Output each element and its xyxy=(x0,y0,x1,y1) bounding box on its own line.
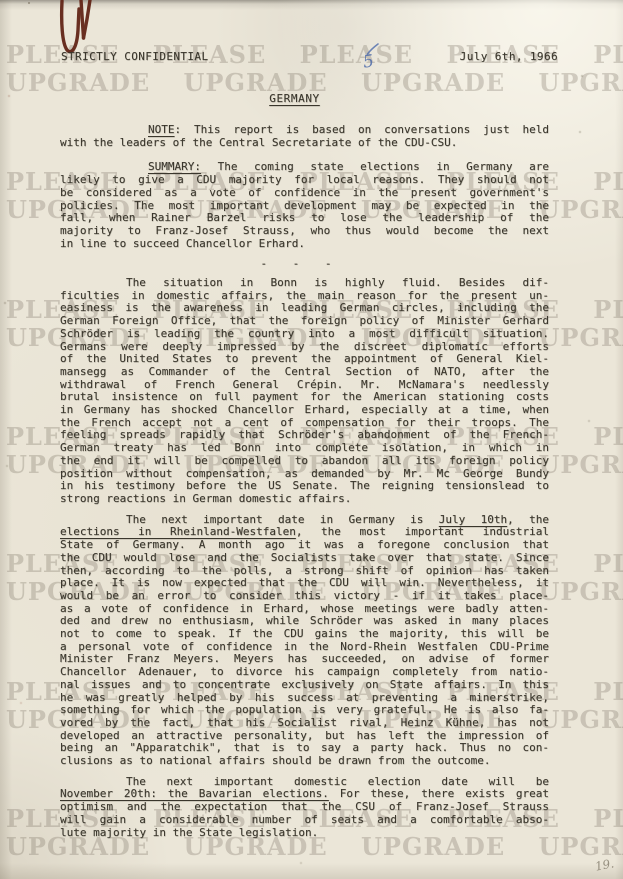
text-segment: he was greatly helped by his success at … xyxy=(60,691,549,704)
document-header: STRICTLY CONFIDENTIAL July 6th, 1966 xyxy=(61,50,558,63)
text-segment: feeling spreads rapidly that Schröder's … xyxy=(60,428,549,441)
text-segment: likely to give a CDU majority for local … xyxy=(60,173,549,186)
text-segment: State of Germany. A month ago it was a f… xyxy=(60,538,549,551)
note-paragraph: NOTE: This report is based on conversati… xyxy=(60,124,549,149)
text-segment: the French accept not a cent of compensa… xyxy=(60,416,549,429)
text-segment: the CDU would lose and the Socialists ta… xyxy=(60,551,549,564)
text-segment: German Foreign Office, that the foreign … xyxy=(60,314,549,327)
text-segment: strong reactions in German domestic affa… xyxy=(60,492,351,505)
date-label: July 6th, 1966 xyxy=(460,50,558,63)
text-segment: majority to Franz-Josef Strauss, who thu… xyxy=(60,224,549,237)
title-row: GERMANY xyxy=(50,92,539,105)
text-segment: with the leaders of the Central Secretar… xyxy=(60,136,457,149)
text-line: with the leaders of the Central Secretar… xyxy=(60,137,549,150)
document-body: NOTE: This report is based on conversati… xyxy=(60,124,549,839)
body-paragraph-3: The next important domestic election dat… xyxy=(60,776,549,840)
document-page: PLEASE PLEASE PLEASE PLEASE PLEASEUPGRAD… xyxy=(0,0,623,879)
body-paragraph-2: The next important date in Germany is Ju… xyxy=(60,514,549,768)
underlined-text: November 20th: the Bavarian elections. xyxy=(60,787,329,800)
paper-speckles xyxy=(28,2,30,4)
text-segment: : This report is based on conversations … xyxy=(175,123,550,136)
text-segment: be considered as a vote of confidence in… xyxy=(60,186,549,199)
text-line: lute majority in the State legislation. xyxy=(60,827,549,840)
underlined-text: SUMMARY: xyxy=(148,160,201,173)
text-segment: The situation in Bonn is highly fluid. B… xyxy=(126,276,549,289)
page-number: 19. xyxy=(594,856,615,873)
underlined-text: NOTE xyxy=(148,123,175,136)
text-segment: a personal vote of confidence in the Nor… xyxy=(60,640,549,653)
text-segment: developed an attractive personality, but… xyxy=(60,729,549,742)
text-segment: Schröder is leading the country into a m… xyxy=(60,327,549,340)
text-segment: clusions as to national affairs should b… xyxy=(60,754,490,767)
text-segment: The next important domestic election dat… xyxy=(126,775,549,788)
text-segment: in Germany has shocked Chancellor Erhard… xyxy=(60,403,549,416)
text-segment: would be an error to consider this victo… xyxy=(60,589,549,602)
text-segment: easiness is the awareness in leading Ger… xyxy=(60,301,549,314)
text-segment: fall, when Rainer Barzel risks to lose t… xyxy=(60,211,549,224)
text-line: in line to succeed Chancellor Erhard. xyxy=(60,238,549,251)
classification-label: STRICTLY CONFIDENTIAL xyxy=(61,50,208,63)
text-segment: of the United States to prevent the appo… xyxy=(60,352,549,365)
text-segment: something for which the population is ve… xyxy=(60,703,549,716)
text-segment: the end it will be compelled to abandon … xyxy=(60,454,549,467)
text-segment: being an "Apparatchik", that is to say a… xyxy=(60,741,549,754)
text-segment: nal issues and to concentrate exclusivel… xyxy=(60,678,549,691)
text-segment: German treaty has led Bonn into complete… xyxy=(60,441,549,454)
text-segment: The next important date in Germany is xyxy=(126,513,439,526)
text-segment: , the most important industrial xyxy=(296,525,549,538)
summary-paragraph: SUMMARY: The coming state elections in G… xyxy=(60,161,549,250)
underlined-text: elections in Rheinland-Westfalen xyxy=(60,525,296,538)
text-segment: lute majority in the State legislation. xyxy=(60,826,318,839)
section-divider: - - - xyxy=(60,258,549,271)
text-segment: For these, there exists great xyxy=(329,787,549,800)
text-segment: in line to succeed Chancellor Erhard. xyxy=(60,237,305,250)
text-segment: Germans were deeply impressed by the dis… xyxy=(60,340,549,353)
text-segment: withdrawal of French General Crépin. Mr.… xyxy=(60,378,549,391)
text-segment: , the xyxy=(507,513,549,526)
body-paragraph-1: The situation in Bonn is highly fluid. B… xyxy=(60,277,549,506)
text-segment: brutal insistence on full payment for th… xyxy=(60,390,549,403)
text-segment: will gain a considerable number of seats… xyxy=(60,813,549,826)
text-segment: policies. The most important development… xyxy=(60,199,549,212)
page-title: GERMANY xyxy=(269,92,320,105)
text-segment: mansegg as Commander of the Central Sect… xyxy=(60,365,549,378)
text-segment: optimism and the expectation that the CS… xyxy=(60,800,549,813)
text-segment: Chancellor Adenauer, to divorce his camp… xyxy=(60,665,549,678)
text-segment: not to come to speak. If the CDU gains t… xyxy=(60,627,549,640)
text-segment: Minister Franz Meyers. Meyers has succee… xyxy=(60,652,549,665)
text-segment: vored by the fact, that his Socialist ri… xyxy=(60,716,549,729)
text-segment: The coming state elections in Germany ar… xyxy=(201,160,549,173)
text-segment: then, according to the polls, a strong s… xyxy=(60,564,549,577)
text-segment: as a vote of confidence in Erhard, whose… xyxy=(60,602,549,615)
text-line: strong reactions in German domestic affa… xyxy=(60,493,549,506)
divider-dashes: - - - xyxy=(52,258,541,271)
text-line: clusions as to national affairs should b… xyxy=(60,755,549,768)
text-segment: place. It is now expected that the CDU w… xyxy=(60,576,549,589)
text-segment: in his testimony before the US Senate. T… xyxy=(60,479,549,492)
text-segment: ficulties in domestic affairs, the main … xyxy=(60,289,549,302)
text-segment: ded and drew no enthusiasm, while Schröd… xyxy=(60,614,549,627)
text-segment: position without compensation, as demand… xyxy=(60,467,549,480)
underlined-text: July 10th xyxy=(439,513,507,526)
